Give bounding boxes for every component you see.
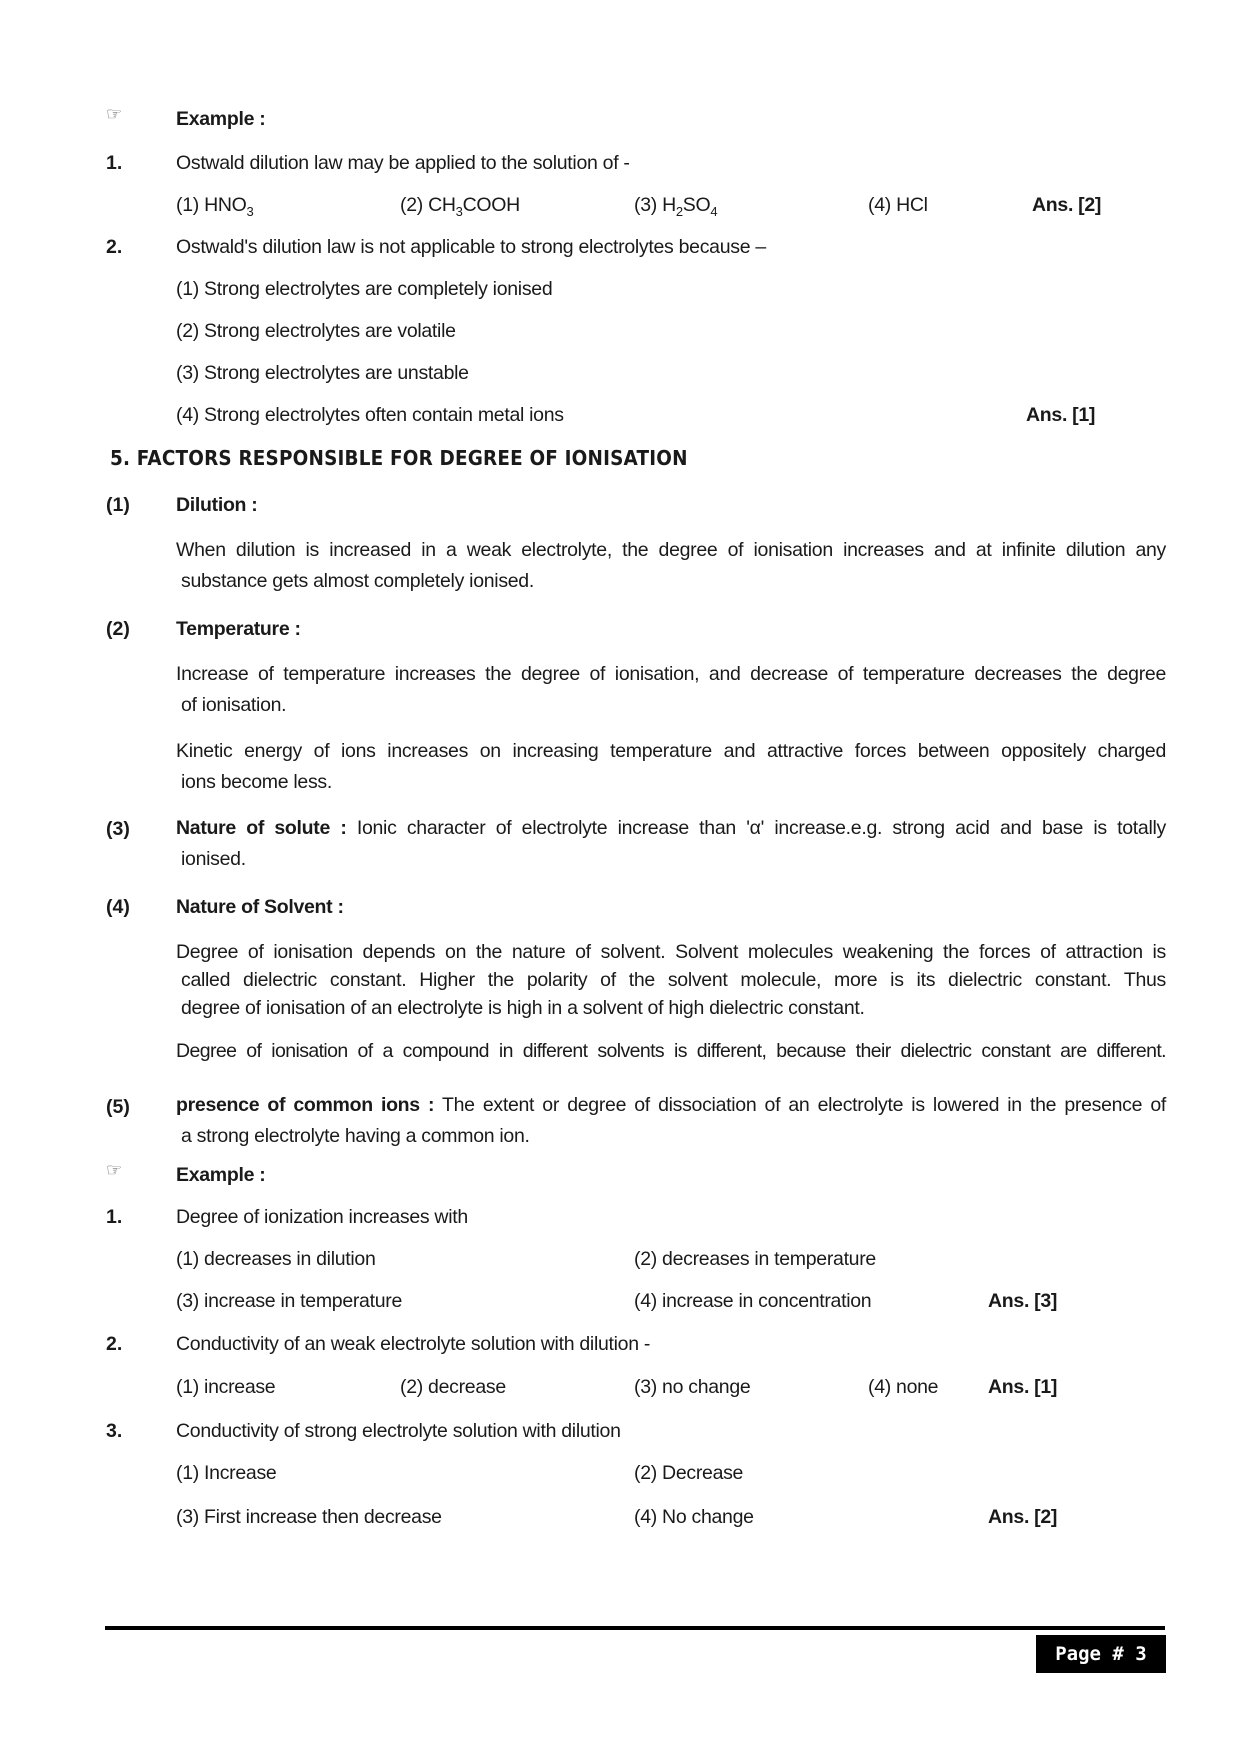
option-4: (4) increase in concentration bbox=[634, 1290, 871, 1313]
page-number-badge: Page # 3 bbox=[1036, 1635, 1166, 1673]
factor-paragraph: When dilution is increased in a weak ele… bbox=[176, 535, 1166, 597]
option-4: (4) Strong electrolytes often contain me… bbox=[176, 404, 564, 427]
factor-title: Nature of Solvent : bbox=[176, 896, 344, 919]
option-2: (2) decrease bbox=[400, 1376, 506, 1399]
answer: Ans. [2] bbox=[988, 1506, 1057, 1529]
factor-title: Nature of solute : bbox=[176, 817, 347, 839]
answer: Ans. [1] bbox=[988, 1376, 1057, 1399]
option-4: (4) No change bbox=[634, 1506, 754, 1529]
factor-paragraph: Increase of temperature increases the de… bbox=[176, 659, 1166, 721]
factor-paragraph: Degree of ionisation of a compound in di… bbox=[176, 1036, 1166, 1067]
pointing-hand-icon: ☞ bbox=[106, 1160, 122, 1181]
page-number: Page # 3 bbox=[1055, 1643, 1147, 1665]
question-number: 2. bbox=[106, 1333, 122, 1356]
factor-number: (5) bbox=[106, 1096, 130, 1119]
factor-paragraph: Kinetic energy of ions increases on incr… bbox=[176, 736, 1166, 798]
footer-rule bbox=[105, 1626, 1165, 1630]
factor-number: (1) bbox=[106, 494, 130, 517]
answer: Ans. [1] bbox=[1026, 404, 1095, 427]
option-3: (3) First increase then decrease bbox=[176, 1506, 442, 1529]
factor-paragraph: Degree of ionisation depends on the natu… bbox=[176, 938, 1166, 1022]
question-text: Ostwald's dilution law is not applicable… bbox=[176, 236, 766, 259]
factor-title: Dilution : bbox=[176, 494, 257, 517]
option-1: (1) decreases in dilution bbox=[176, 1248, 376, 1271]
answer: Ans. [2] bbox=[1032, 194, 1101, 217]
question-text: Ostwald dilution law may be applied to t… bbox=[176, 152, 630, 175]
option-3: (3) no change bbox=[634, 1376, 750, 1399]
question-text: Conductivity of strong electrolyte solut… bbox=[176, 1420, 621, 1443]
factor-number: (3) bbox=[106, 818, 130, 841]
pointing-hand-icon: ☞ bbox=[106, 104, 122, 125]
option-3: (3) Strong electrolytes are unstable bbox=[176, 362, 469, 385]
factor-paragraph: presence of common ions : The extent or … bbox=[176, 1090, 1166, 1152]
factor-title: presence of common ions : bbox=[176, 1094, 434, 1116]
factor-number: (2) bbox=[106, 618, 130, 641]
option-4: (4) none bbox=[868, 1376, 938, 1399]
option-2: (2) CH3COOH bbox=[400, 194, 520, 217]
option-3: (3) H2SO4 bbox=[634, 194, 717, 217]
example-label: Example : bbox=[176, 108, 265, 131]
factor-number: (4) bbox=[106, 896, 130, 919]
question-number: 1. bbox=[106, 1206, 122, 1229]
option-2: (2) Decrease bbox=[634, 1462, 743, 1485]
section-heading: 5. FACTORS RESPONSIBLE FOR DEGREE OF ION… bbox=[110, 446, 688, 470]
question-number: 1. bbox=[106, 152, 122, 175]
option-1: (1) increase bbox=[176, 1376, 275, 1399]
factor-title: Temperature : bbox=[176, 618, 301, 641]
option-2: (2) Strong electrolytes are volatile bbox=[176, 320, 456, 343]
option-3: (3) increase in temperature bbox=[176, 1290, 402, 1313]
option-1: (1) Strong electrolytes are completely i… bbox=[176, 278, 552, 301]
example-label: Example : bbox=[176, 1164, 265, 1187]
option-1: (1) Increase bbox=[176, 1462, 276, 1485]
question-number: 2. bbox=[106, 236, 122, 259]
option-2: (2) decreases in temperature bbox=[634, 1248, 876, 1271]
option-4: (4) HCl bbox=[868, 194, 928, 217]
option-1: (1) HNO3 bbox=[176, 194, 253, 217]
factor-paragraph: Nature of solute : Ionic character of el… bbox=[176, 813, 1166, 875]
question-number: 3. bbox=[106, 1420, 122, 1443]
question-text: Conductivity of an weak electrolyte solu… bbox=[176, 1333, 650, 1356]
question-text: Degree of ionization increases with bbox=[176, 1206, 468, 1229]
answer: Ans. [3] bbox=[988, 1290, 1057, 1313]
